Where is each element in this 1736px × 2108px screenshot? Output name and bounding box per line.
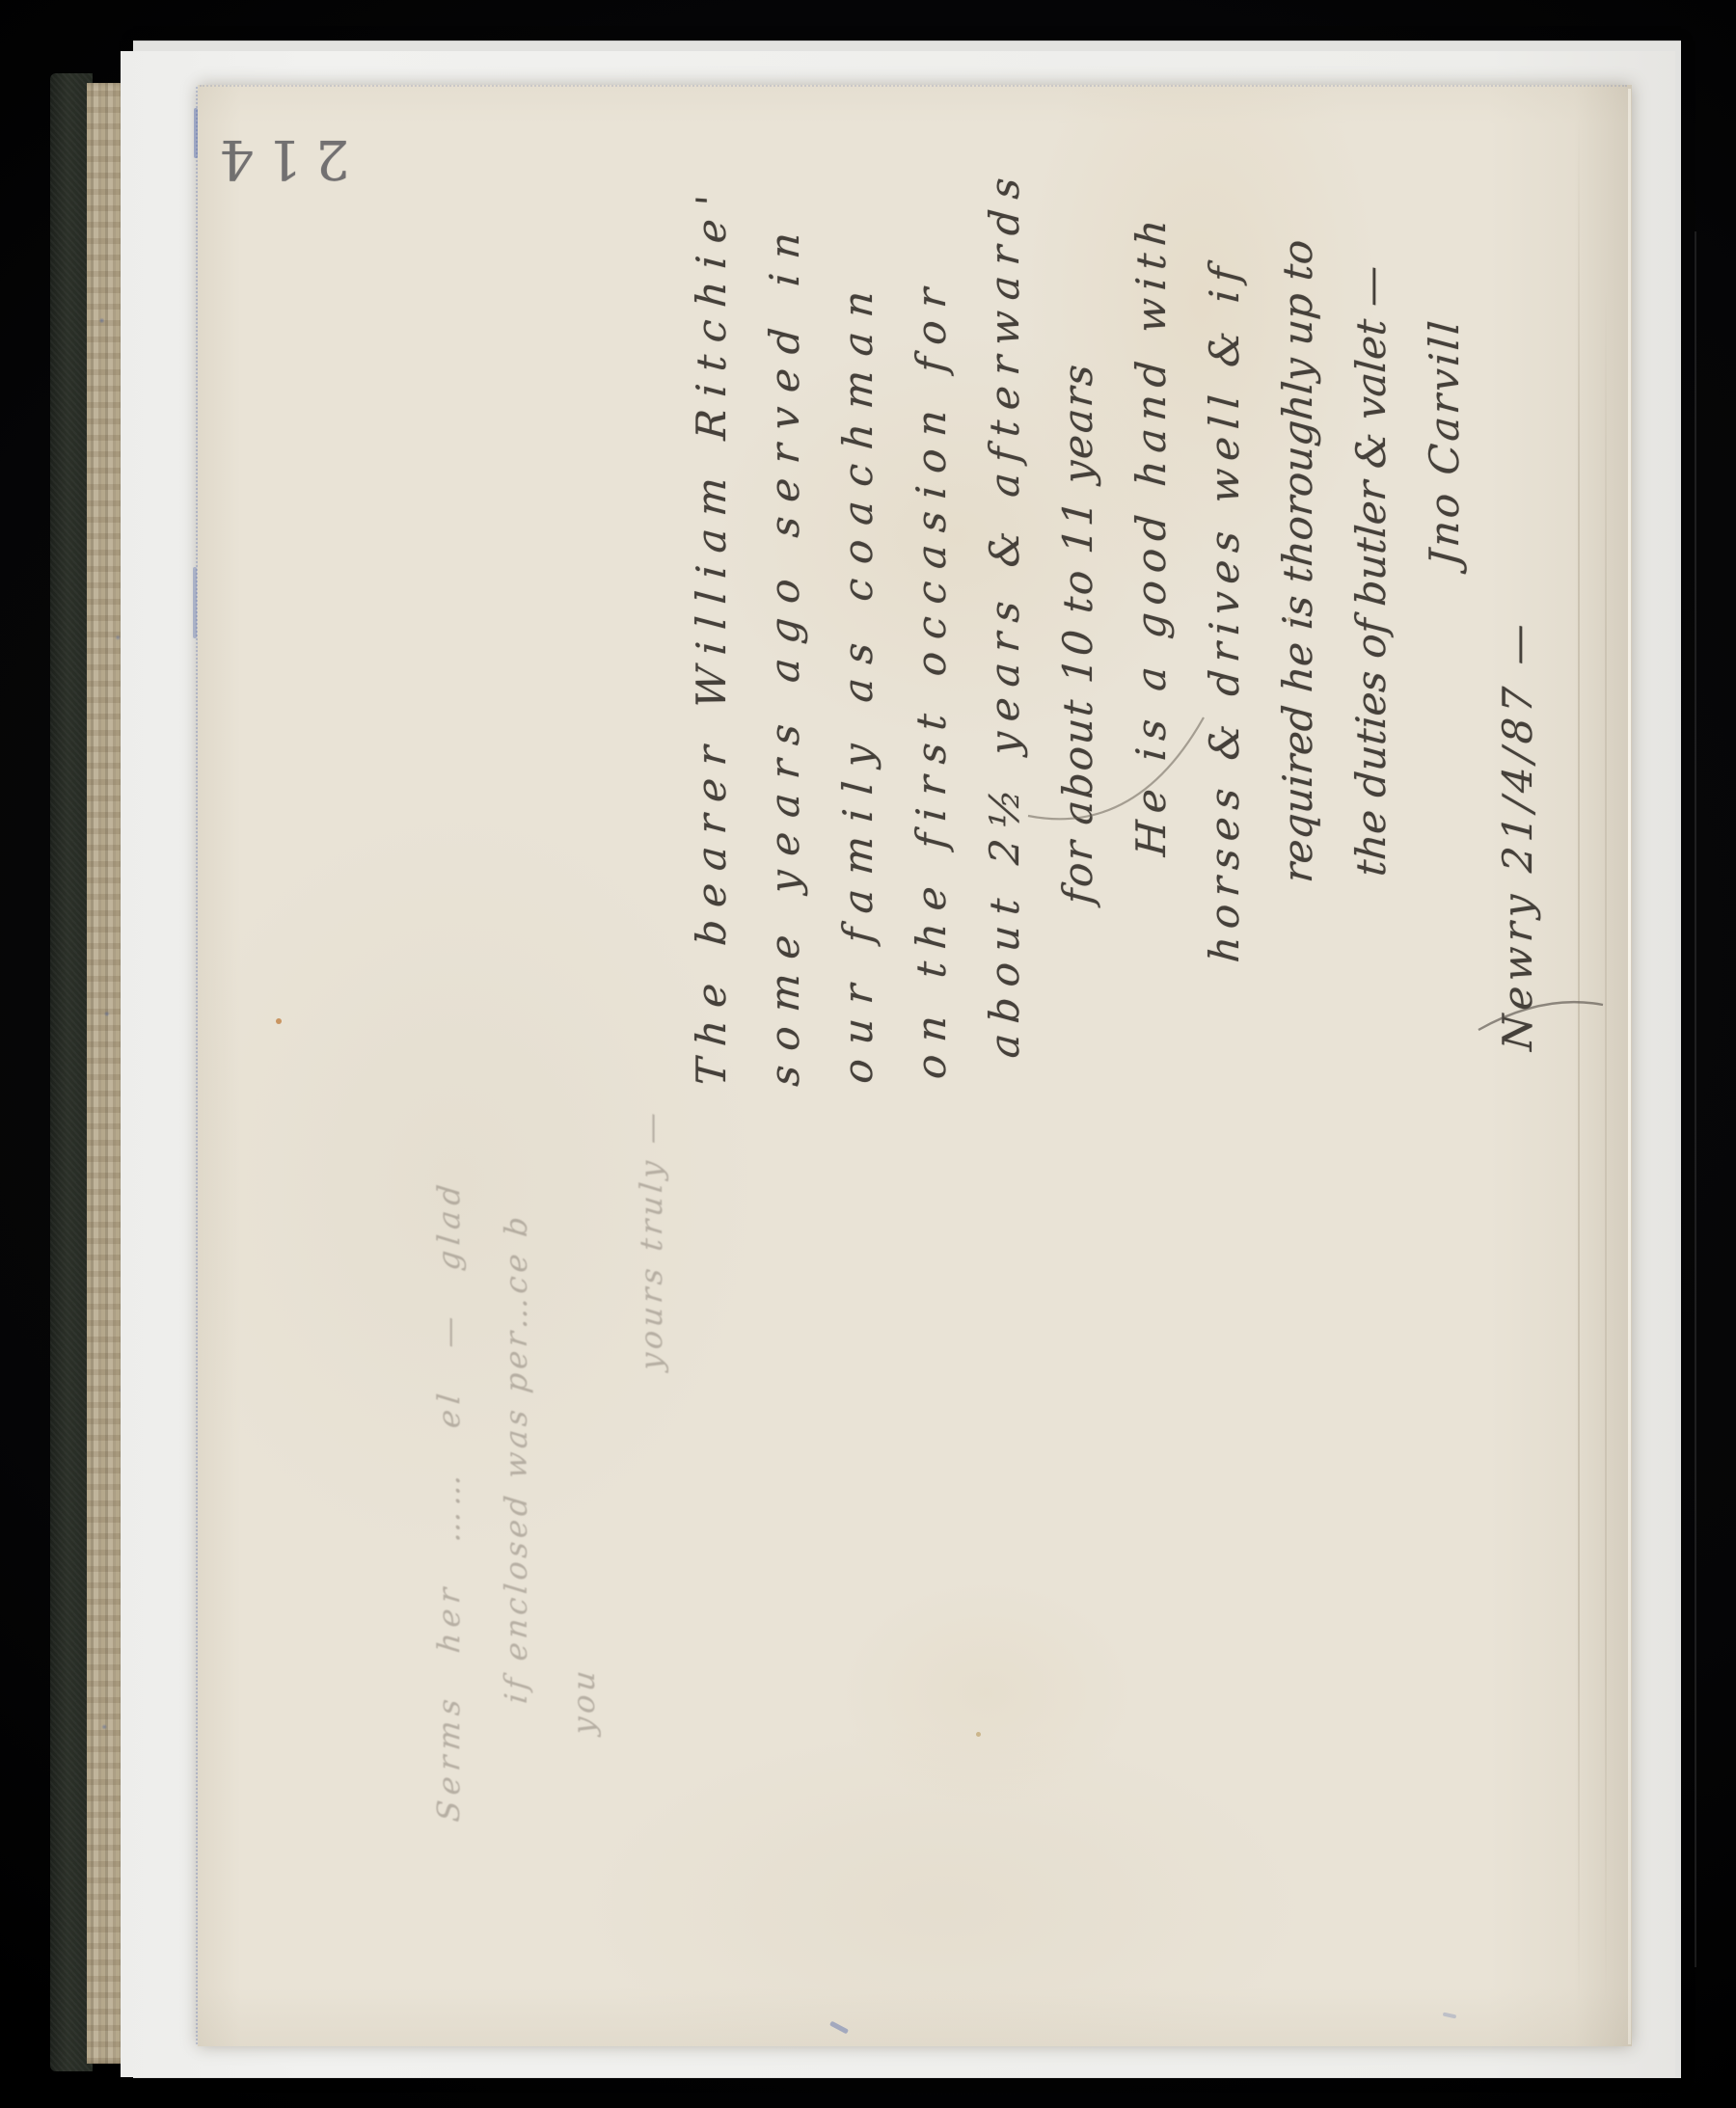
page-edge-tint-top: [200, 85, 1627, 87]
letter-dateline: Newry 21/4/87 —: [1481, 161, 1555, 1159]
blue-edge-mark: [194, 108, 198, 158]
offset-ink-note: Serms her …… el — glad if enclosed was p…: [415, 950, 685, 1865]
letter-line: our family as coachman: [822, 115, 895, 1113]
page-curl-highlight: [1628, 89, 1631, 2044]
letter-line: The bearer William Ritchie': [675, 104, 748, 1102]
letter-line: on the first occasion for: [895, 120, 968, 1118]
faint-line: yours truly —: [617, 971, 685, 1865]
faint-line: if enclosed was per…ce b: [482, 958, 550, 1851]
page-crease: [1578, 116, 1580, 2006]
letter-line: required he is thoroughly up to: [1261, 146, 1335, 1144]
letter-line: some years ago served in: [748, 109, 822, 1107]
page-number-stamp: 214: [201, 116, 355, 203]
faint-line: you: [550, 964, 617, 1858]
paper-speck: [276, 1018, 282, 1024]
letter-line: horses & drives well & if: [1188, 140, 1261, 1138]
blue-edge-mark: [193, 567, 197, 638]
page-edge-tint-left: [196, 87, 198, 2044]
letter-line: about 2½ years & afterwards: [968, 124, 1042, 1122]
letter-line: He is a good hand with: [1115, 135, 1188, 1133]
faint-line: Serms her …… el — glad: [415, 950, 482, 1844]
paper-speck: [976, 1732, 981, 1737]
handwritten-letter: The bearer William Ritchie' some years a…: [675, 104, 1555, 1159]
loose-page-edge: [1695, 231, 1696, 1967]
letter-signature: Jno Carvill: [1408, 155, 1481, 1153]
letter-line: for about 10 to 11 years: [1042, 130, 1115, 1128]
scanned-book-page: 214 The bearer William Ritchie' some yea…: [0, 0, 1736, 2108]
letter-line: the duties of butler & valet —: [1335, 150, 1408, 1149]
page-crease: [1605, 289, 1607, 2006]
